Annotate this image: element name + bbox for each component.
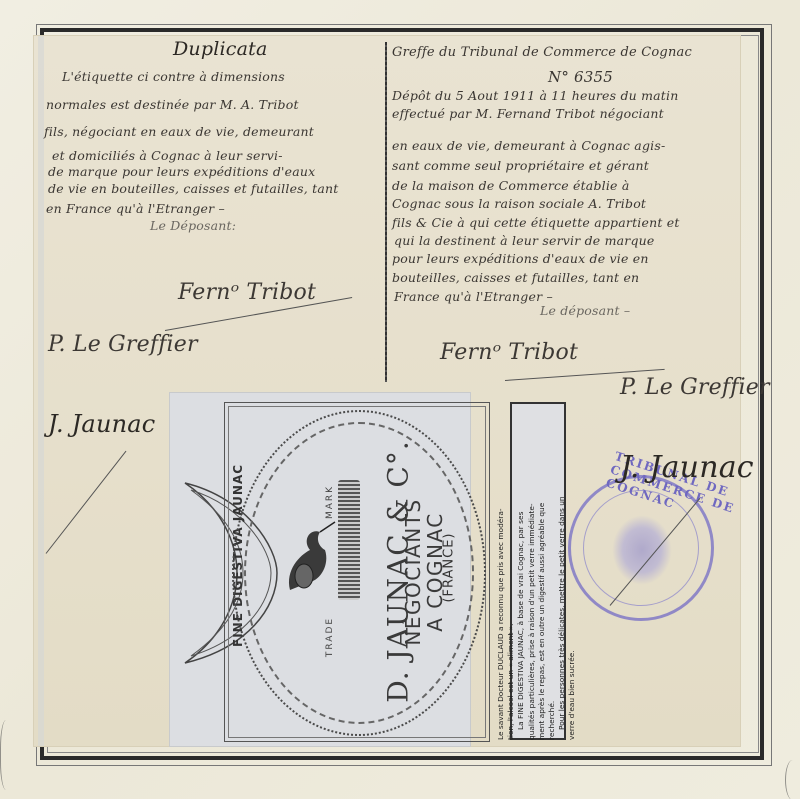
archival-page: Duplicata L'étiquette ci contre à dimens… (0, 0, 800, 799)
right-depositor-label: Le déposant – (540, 303, 630, 318)
registry-number: N° 6355 (548, 68, 613, 86)
right-line-3: en eaux de vie, demeurant à Cognac agis- (392, 138, 665, 153)
left-line-3: fils, négociant en eaux de vie, demeuran… (44, 124, 314, 139)
left-line-4: et domiciliés à Cognac à leur servi- (52, 148, 283, 163)
right-line-8: qui la destinent à leur servir de marque (394, 233, 655, 248)
unicorn-crest-icon (280, 520, 340, 600)
left-depositor-signature: Fernᵒ Tribot (178, 280, 316, 305)
left-line-6: de vie en bouteilles, caisses et futaill… (48, 181, 339, 196)
notice-line-6: recherché. (547, 404, 557, 740)
right-line-6: Cognac sous la raison sociale A. Tribot (392, 196, 646, 211)
brand-france: (FRANCE) (442, 508, 457, 628)
left-depositor-label: Le Déposant: (150, 218, 236, 233)
registry-header: Greffe du Tribunal de Commerce de Cognac (392, 45, 692, 60)
duplicata-title: Duplicata (173, 38, 268, 60)
margin-signature-left (0, 720, 15, 790)
mark-label: MARK (325, 477, 335, 527)
notice-line-3: La FINE DIGESTIVA JAUNAC, à base de vrai… (517, 404, 527, 740)
notice-line-1: Le savant Docteur DUCLAUD a reconnu que … (496, 404, 506, 740)
notice-line-5: ment après le repas, est en outre un dig… (537, 404, 547, 740)
left-clerk-signature: P. Le Greffier (48, 332, 198, 357)
right-depositor-signature: Fernᵒ Tribot (440, 340, 578, 365)
trade-label: TRADE (325, 612, 335, 662)
column-divider (385, 42, 387, 382)
right-lower-signature: J. Jaunac (620, 450, 754, 485)
medical-notice-text: Le savant Docteur DUCLAUD a reconnu que … (496, 404, 578, 740)
right-line-1: Dépôt du 5 Aout 1911 à 11 heures du mati… (392, 88, 678, 103)
right-clerk-signature: P. Le Greffier (620, 375, 770, 400)
notice-line-2: tion, l'alcool est un « aliment ». (506, 404, 516, 740)
left-line-2: normales est destinée par M. A. Tribot (46, 97, 299, 112)
left-lower-signature: J. Jaunac (48, 410, 155, 438)
notice-line-7: Pour les personnes très délicates, mettr… (557, 404, 567, 740)
right-line-4: sant comme seul propriétaire et gérant (392, 158, 649, 173)
barrel-crest (338, 480, 360, 600)
right-line-2: effectué par M. Fernand Tribot négociant (392, 106, 664, 121)
left-line-5: de marque pour leurs expéditions d'eaux (48, 164, 315, 179)
right-line-9: pour leurs expéditions d'eaux de vie en (392, 251, 649, 266)
sheet-edge (38, 36, 44, 746)
right-line-11: France qu'à l'Etranger – (394, 289, 553, 304)
right-line-5: de la maison de Commerce établie à (392, 178, 629, 193)
liberty-figure-icon (612, 515, 672, 585)
notice-line-4: qualités particulières, prise à raison d… (527, 404, 537, 740)
left-line-7: en France qu'à l'Etranger – (46, 201, 225, 216)
margin-signature-right (785, 760, 800, 799)
brand-negociants: NÉGOCIANTS (401, 472, 425, 672)
right-line-10: bouteilles, caisses et futailles, tant e… (392, 270, 639, 285)
left-line-1: L'étiquette ci contre à dimensions (62, 69, 285, 84)
right-line-7: fils & Cie à qui cette étiquette apparti… (392, 215, 680, 230)
